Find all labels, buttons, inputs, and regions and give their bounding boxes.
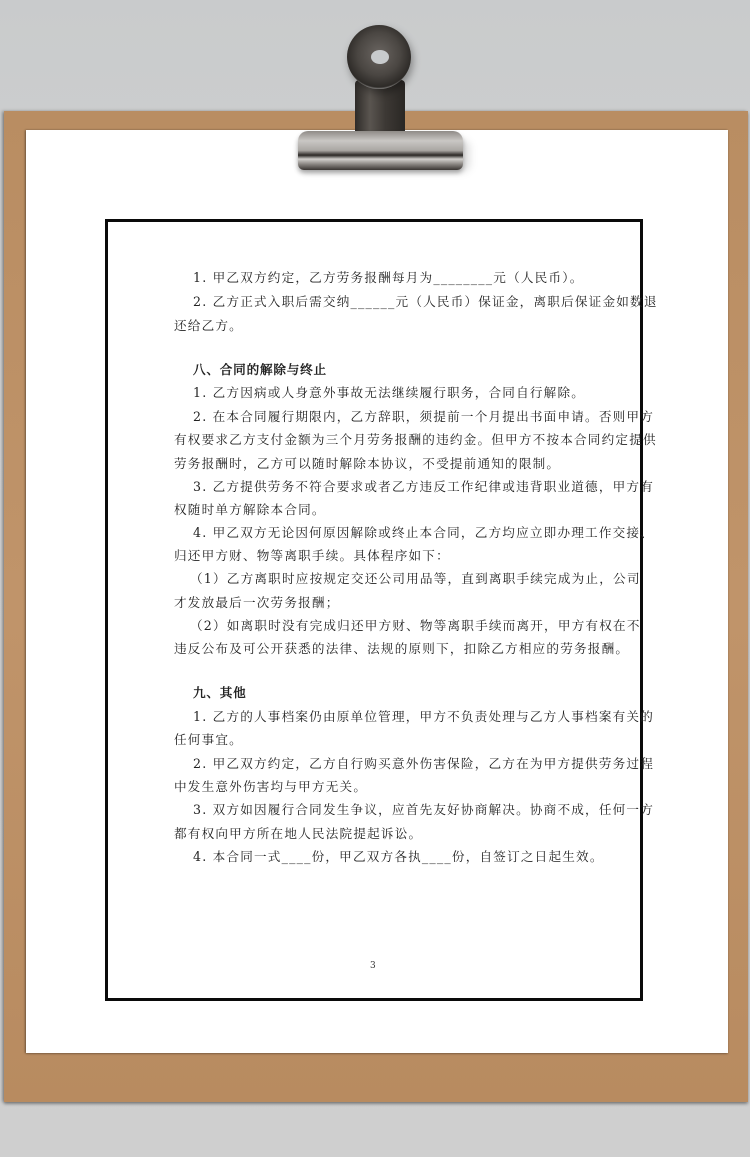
paragraph-line: （2）如离职时没有完成归还甲方财、物等离职手续而离开，甲方有权在不 bbox=[190, 618, 600, 634]
page-number: 3 bbox=[370, 961, 376, 971]
paragraph-line: 2. 甲乙双方约定，乙方自行购买意外伤害保险，乙方在为甲方提供劳务过程 bbox=[193, 756, 603, 772]
binder-clip-hole bbox=[371, 50, 389, 64]
paragraph-line: 劳务报酬时，乙方可以随时解除本协议，不受提前通知的限制。 bbox=[174, 456, 584, 472]
paragraph-line: 违反公布及可公开获悉的法律、法规的原则下，扣除乙方相应的劳务报酬。 bbox=[174, 641, 584, 657]
section-heading: 八、合同的解除与终止 bbox=[193, 362, 603, 378]
paragraph-line: 4. 本合同一式____份，甲乙双方各执____份，自签订之日起生效。 bbox=[193, 849, 603, 865]
paragraph-line: 2. 在本合同履行期限内，乙方辞职，须提前一个月提出书面申请。否则甲方 bbox=[193, 409, 603, 425]
paragraph-line: 3. 双方如因履行合同发生争议，应首先友好协商解决。协商不成，任何一方 bbox=[193, 802, 603, 818]
paragraph-line: 2. 乙方正式入职后需交纳______元（人民币）保证金，离职后保证金如数退 bbox=[193, 294, 603, 310]
paragraph-line: 才发放最后一次劳务报酬； bbox=[174, 595, 584, 611]
paragraph-line: 都有权向甲方所在地人民法院提起诉讼。 bbox=[174, 826, 584, 842]
paragraph-line: 3. 乙方提供劳务不符合要求或者乙方违反工作纪律或违背职业道德，甲方有 bbox=[193, 479, 603, 495]
paragraph-line: 1. 乙方因病或人身意外事故无法继续履行职务，合同自行解除。 bbox=[193, 385, 603, 401]
paragraph-line: 1. 乙方的人事档案仍由原单位管理，甲方不负责处理与乙方人事档案有关的 bbox=[193, 709, 603, 725]
paragraph-line: 归还甲方财、物等离职手续。具体程序如下： bbox=[174, 548, 584, 564]
binder-clip-icon bbox=[298, 131, 463, 170]
paragraph-line: 权随时单方解除本合同。 bbox=[174, 502, 584, 518]
paragraph-line: 4. 甲乙双方无论因何原因解除或终止本合同，乙方均应立即办理工作交接、 bbox=[193, 525, 603, 541]
section-heading: 九、其他 bbox=[193, 685, 603, 701]
paragraph-line: （1）乙方离职时应按规定交还公司用品等，直到离职手续完成为止，公司 bbox=[190, 571, 600, 587]
paragraph-line: 1. 甲乙双方约定，乙方劳务报酬每月为________元（人民币）。 bbox=[193, 270, 603, 286]
paragraph-line: 中发生意外伤害均与甲方无关。 bbox=[174, 779, 584, 795]
paragraph-line: 有权要求乙方支付金额为三个月劳务报酬的违约金。但甲方不按本合同约定提供 bbox=[174, 432, 584, 448]
paragraph-line: 任何事宜。 bbox=[174, 732, 584, 748]
paragraph-line: 还给乙方。 bbox=[174, 318, 584, 334]
